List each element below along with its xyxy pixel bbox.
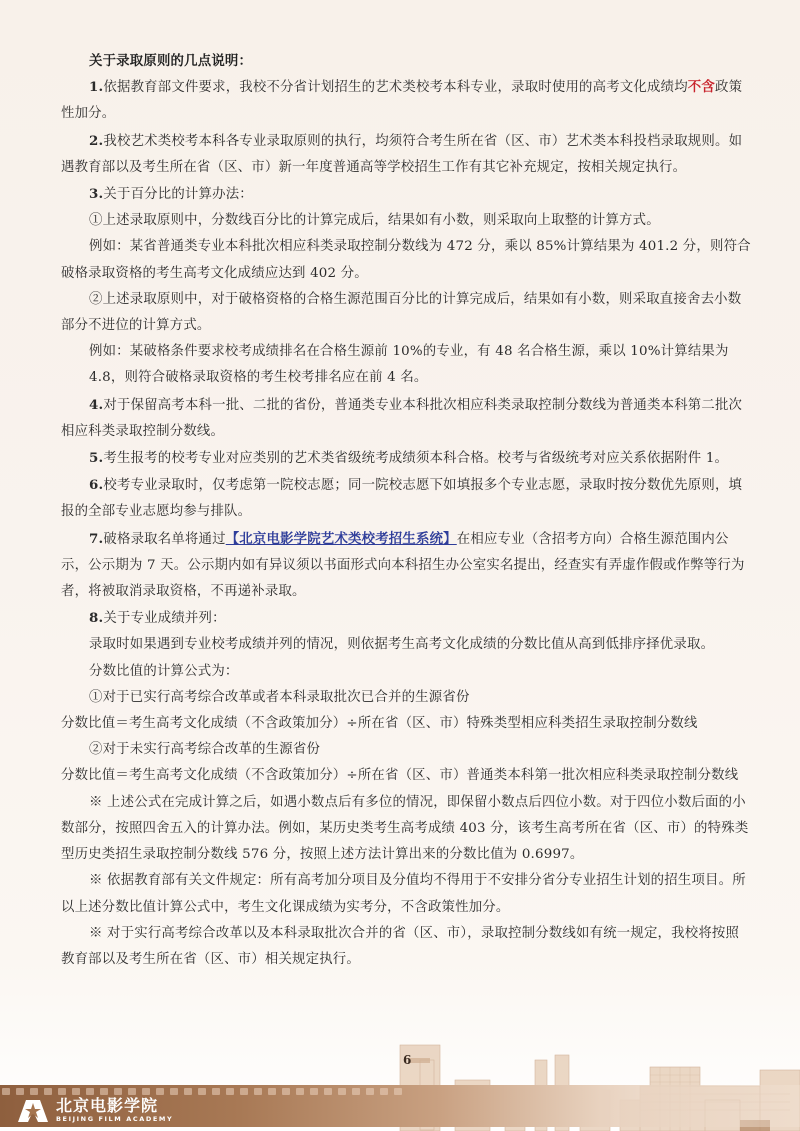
logo-chinese-name: 北京电影学院 [56,1098,173,1114]
item-8-case-1: ①对于已实行高考综合改革或者本科录取批次已合并的生源省份 [61,685,751,711]
note-3: ※ 对于实行高考综合改革以及本科录取批次合并的省（区、市），录取控制分数线如有统… [61,921,751,973]
item-number: 1. [89,79,103,95]
formula-1: 分数比值＝考生高考文化成绩（不含政策加分）÷所在省（区、市）特殊类型相应科类招生… [61,711,751,737]
item-number: 5. [89,450,103,466]
item-number: 2. [89,133,103,149]
item-7: 7.破格录取名单将通过【北京电影学院艺术类校考招生系统】在相应专业（含招考方向）… [61,526,751,606]
item-1: 1.依据教育部文件要求，我校不分省计划招生的艺术类校考本科专业，录取时使用的高考… [61,74,751,127]
section-heading: 关于录取原则的几点说明： [61,48,751,74]
item-3-title: 3.关于百分比的计算办法： [61,181,751,208]
item-3-sub-2: ②上述录取原则中，对于破格资格的合格生源范围百分比的计算完成后，结果如有小数，则… [61,287,751,339]
item-number: 3. [89,186,103,202]
item-number: 4. [89,397,103,413]
document-page: 关于录取原则的几点说明： 1.依据教育部文件要求，我校不分省计划招生的艺术类校考… [0,0,800,1131]
item-8-paragraph-1: 录取时如果遇到专业校考成绩并列的情况，则依据考生高考文化成绩的分数比值从高到低排… [61,632,751,658]
item-number: 6. [89,477,103,493]
note-1: ※ 上述公式在完成计算之后，如遇小数点后有多位的情况，即保留小数点后四位小数。对… [61,790,751,869]
item-3-example-1: 例如：某省普通类专业本科批次相应科类录取控制分数线为 472 分，乘以 85%计… [61,234,751,286]
film-strip-holes [0,1088,432,1096]
item-2: 2.我校艺术类校考本科各专业录取原则的执行，均须符合考生所在省（区、市）艺术类本… [61,128,751,181]
item-number: 8. [89,610,103,626]
item-3-sub-1: ①上述录取原则中，分数线百分比的计算完成后，结果如有小数，则采取向上取整的计算方… [61,208,751,234]
admission-system-link[interactable]: 【北京电影学院艺术类校考招生系统】 [226,531,457,547]
item-4: 4.对于保留高考本科一批、二批的省份，普通类专业本科批次相应科类录取控制分数线为… [61,392,751,445]
item-6: 6.校考专业录取时，仅考虑第一院校志愿；同一院校志愿下如填报多个专业志愿，录取时… [61,472,751,525]
beijing-film-academy-logo: 北京电影学院 BEIJING FILM ACADEMY [16,1097,173,1123]
formula-2: 分数比值＝考生高考文化成绩（不含政策加分）÷所在省（区、市）普通类本科第一批次相… [61,763,751,789]
emphasis-text: 不含 [688,79,715,95]
item-8-paragraph-2: 分数比值的计算公式为： [61,659,751,685]
star-film-icon [16,1097,50,1123]
item-8-case-2: ②对于未实行高考综合改革的生源省份 [61,737,751,763]
logo-english-name: BEIJING FILM ACADEMY [56,1116,173,1123]
item-number: 7. [89,531,103,547]
admission-rules-content: 关于录取原则的几点说明： 1.依据教育部文件要求，我校不分省计划招生的艺术类校考… [61,48,751,973]
item-5: 5.考生报考的校考专业对应类别的艺术类省级统考成绩须本科合格。校考与省级统考对应… [61,445,751,472]
item-8-title: 8.关于专业成绩并列： [61,605,751,632]
note-2: ※ 依据教育部有关文件规定：所有高考加分项目及分值均不得用于不安排分省分专业招生… [61,868,751,920]
page-number: 6 [403,1053,411,1067]
item-3-example-2: 例如：某破格条件要求校考成绩排名在合格生源前 10%的专业，有 48 名合格生源… [61,339,751,391]
